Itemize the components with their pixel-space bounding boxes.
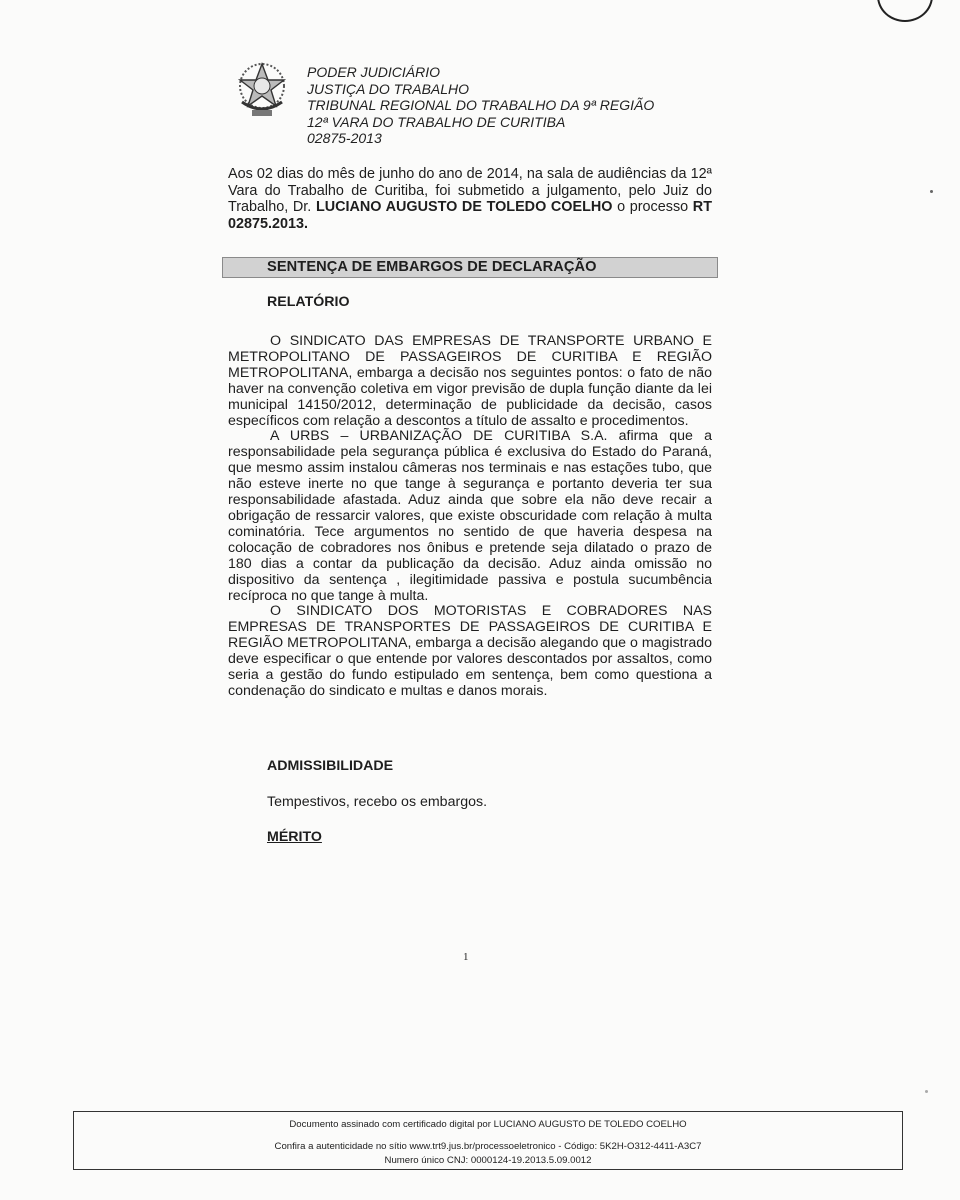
brazil-coat-of-arms-icon (232, 58, 292, 122)
header-line-judiciary: PODER JUDICIÁRIO (307, 64, 654, 81)
section-heading-merito: MÉRITO (267, 829, 322, 845)
judge-name: LUCIANO AUGUSTO DE TOLEDO COELHO (316, 199, 613, 215)
court-header: PODER JUDICIÁRIO JUSTIÇA DO TRABALHO TRI… (307, 64, 654, 147)
header-line-regional-tribunal: TRIBUNAL REGIONAL DO TRABALHO DA 9ª REGI… (307, 97, 654, 114)
header-line-labor-justice: JUSTIÇA DO TRABALHO (307, 81, 654, 98)
header-line-vara: 12ª VARA DO TRABALHO DE CURITIBA (307, 114, 654, 131)
section-heading-relatorio: RELATÓRIO (267, 294, 350, 310)
footer-verify-link[interactable]: Confira a autenticidade no sítio www.trt… (74, 1141, 902, 1152)
section-heading-admissibilidade: ADMISSIBILIDADE (267, 758, 393, 774)
header-line-process-number: 02875-2013 (307, 130, 654, 147)
intro-text-middle: o processo (612, 199, 692, 215)
scan-speck (930, 190, 933, 193)
footer-signed-by: Documento assinado com certificado digit… (74, 1119, 902, 1130)
paragraph-setransp: O SINDICATO DAS EMPRESAS DE TRANSPORTE U… (228, 334, 712, 429)
document-title-bar: SENTENÇA DE EMBARGOS DE DECLARAÇÃO (222, 257, 718, 278)
page-number: 1 (463, 951, 469, 963)
footer-cnj-number: Numero único CNJ: 0000124-19.2013.5.09.0… (74, 1155, 902, 1166)
intro-paragraph: Aos 02 dias do mês de junho do ano de 20… (228, 166, 712, 232)
paragraph-sindimoc: O SINDICATO DOS MOTORISTAS E COBRADORES … (228, 604, 712, 699)
digital-signature-footer: Documento assinado com certificado digit… (73, 1111, 903, 1170)
scan-speck (925, 1090, 928, 1093)
paragraph-urbs: A URBS – URBANIZAÇÃO DE CURITIBA S.A. af… (228, 429, 712, 604)
admissibilidade-text: Tempestivos, recebo os embargos. (267, 794, 487, 810)
stamp-circle (877, 0, 933, 22)
relatorio-body: O SINDICATO DAS EMPRESAS DE TRANSPORTE U… (228, 334, 712, 700)
document-title: SENTENÇA DE EMBARGOS DE DECLARAÇÃO (267, 259, 597, 275)
